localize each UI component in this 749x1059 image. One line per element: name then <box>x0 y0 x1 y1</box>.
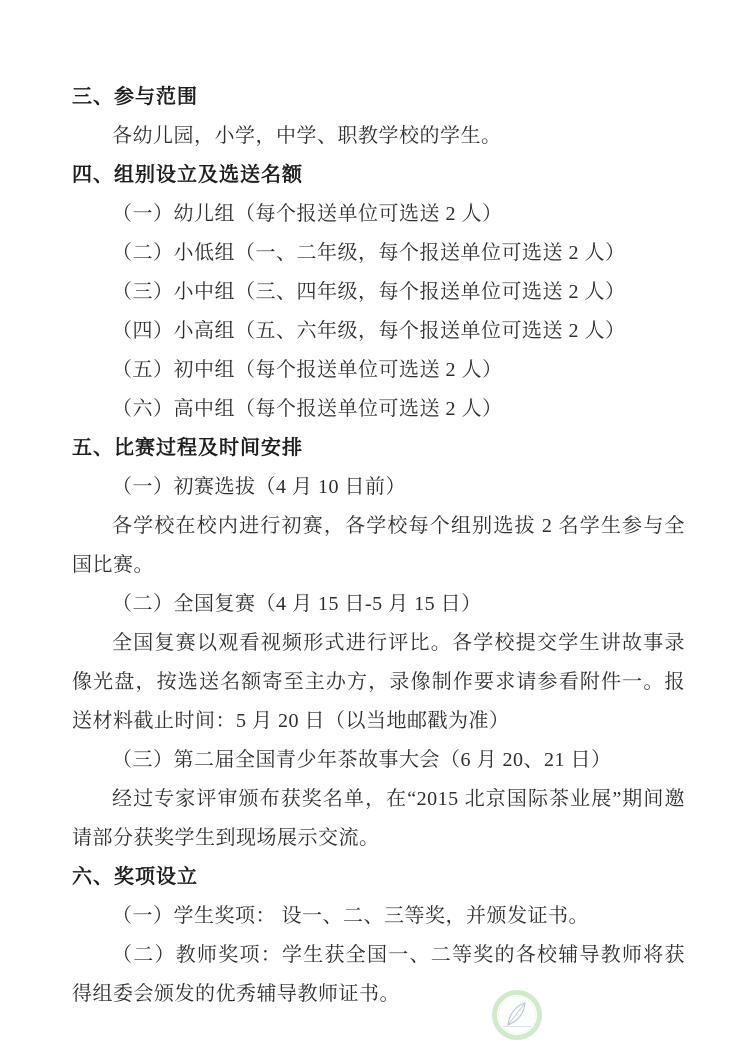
leaf-icon <box>504 1001 530 1029</box>
list-item: （四）小高组（五、六年级，每个报送单位可选送 2 人） <box>72 312 685 351</box>
list-item: （一）学生奖项： 设一、二、三等奖，并颁发证书。 <box>72 897 685 936</box>
list-item: （二）小低组（一、二年级，每个报送单位可选送 2 人） <box>72 234 685 273</box>
seal-caption-line <box>503 1026 531 1027</box>
section-heading: 五、比赛过程及时间安排 <box>72 429 685 468</box>
section-heading: 三、参与范围 <box>72 78 685 117</box>
paragraph: 各幼儿园，小学，中学、职教学校的学生。 <box>72 117 685 156</box>
list-item: （三）小中组（三、四年级，每个报送单位可选送 2 人） <box>72 273 685 312</box>
list-item: （一）初赛选拔（4 月 10 日前） <box>72 468 685 507</box>
document-body: 三、参与范围各幼儿园，小学，中学、职教学校的学生。四、组别设立及选送名额（一）幼… <box>72 78 685 1014</box>
document-page: 三、参与范围各幼儿园，小学，中学、职教学校的学生。四、组别设立及选送名额（一）幼… <box>0 0 749 1059</box>
paragraph: （二）教师奖项：学生获全国一、二等奖的各校辅导教师将获得组委会颁发的优秀辅导教师… <box>72 936 685 1014</box>
list-item: （二）全国复赛（4 月 15 日-5 月 15 日） <box>72 585 685 624</box>
list-item: （六）高中组（每个报送单位可选送 2 人） <box>72 390 685 429</box>
paragraph: 经过专家评审颁布获奖名单，在“2015 北京国际茶业展”期间邀请部分获奖学生到现… <box>72 780 685 858</box>
paragraph: 全国复赛以观看视频形式进行评比。各学校提交学生讲故事录像光盘，按选送名额寄至主办… <box>72 624 685 741</box>
list-item: （一）幼儿组（每个报送单位可选送 2 人） <box>72 195 685 234</box>
leaf-seal-watermark-icon <box>492 990 542 1040</box>
list-item: （三）第二届全国青少年茶故事大会（6 月 20、21 日） <box>72 741 685 780</box>
section-heading: 四、组别设立及选送名额 <box>72 156 685 195</box>
paragraph: 各学校在校内进行初赛，各学校每个组别选拔 2 名学生参与全国比赛。 <box>72 507 685 585</box>
section-heading: 六、奖项设立 <box>72 858 685 897</box>
list-item: （五）初中组（每个报送单位可选送 2 人） <box>72 351 685 390</box>
